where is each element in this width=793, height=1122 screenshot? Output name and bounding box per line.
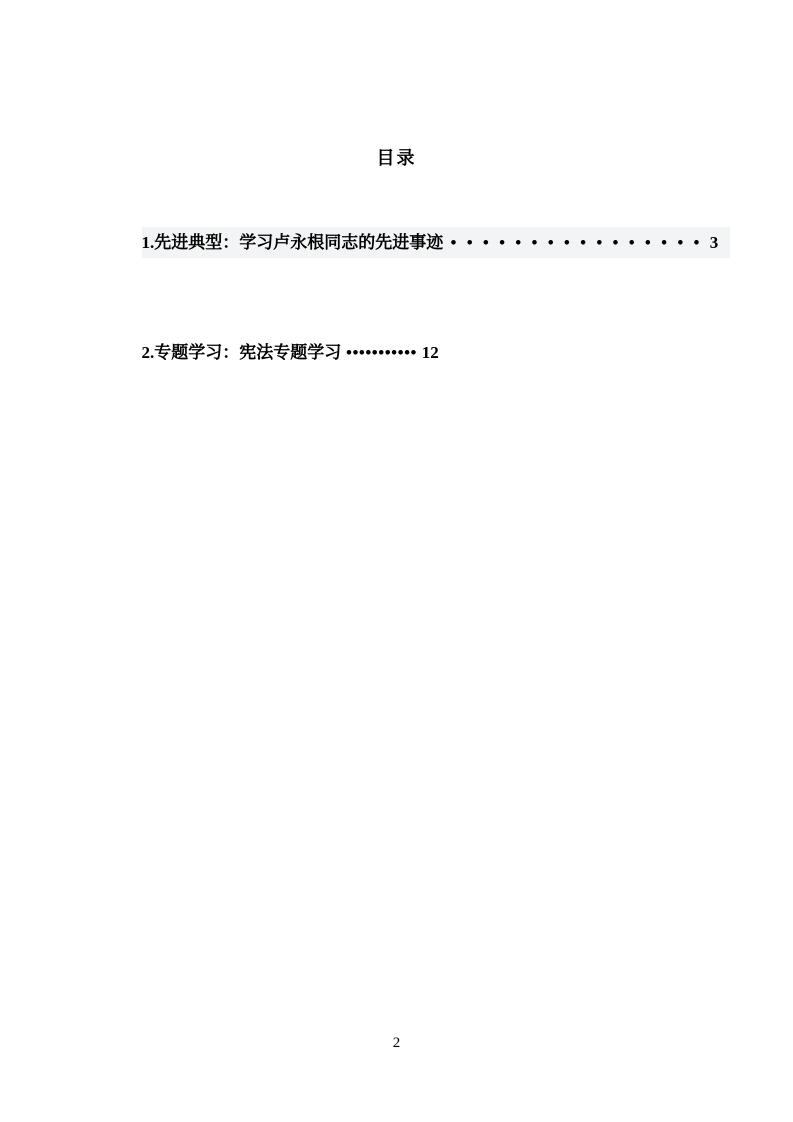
toc-dot-leader: • • • • • • • • • • • • • • • • — [443, 233, 709, 252]
toc-title: 目录 — [0, 147, 793, 169]
toc-entry-1-content: 1.先进典型：学习卢永根同志的先进事迹 • • • • • • • • • • … — [142, 227, 731, 258]
toc-entry-label: 1.先进典型：学习卢永根同志的先进事迹 — [142, 233, 444, 252]
toc-page-number: 12 — [422, 343, 439, 362]
toc-dot-leader: ••••••••••• — [341, 343, 421, 362]
toc-entry-label: 2.专题学习：宪法专题学习 — [142, 343, 342, 362]
page-number: 2 — [0, 1034, 793, 1052]
toc-entry-2[interactable]: 2.专题学习：宪法专题学习 ••••••••••• 12 — [116, 306, 733, 399]
document-page: 目录 1.先进典型：学习卢永根同志的先进事迹 • • • • • • • • •… — [0, 0, 793, 1122]
toc-entry-2-content: 2.专题学习：宪法专题学习 ••••••••••• 12 — [142, 337, 439, 368]
table-of-contents: 1.先进典型：学习卢永根同志的先进事迹 • • • • • • • • • • … — [116, 196, 733, 399]
toc-entry-1[interactable]: 1.先进典型：学习卢永根同志的先进事迹 • • • • • • • • • • … — [116, 196, 733, 289]
toc-page-number: 3 — [710, 233, 719, 252]
